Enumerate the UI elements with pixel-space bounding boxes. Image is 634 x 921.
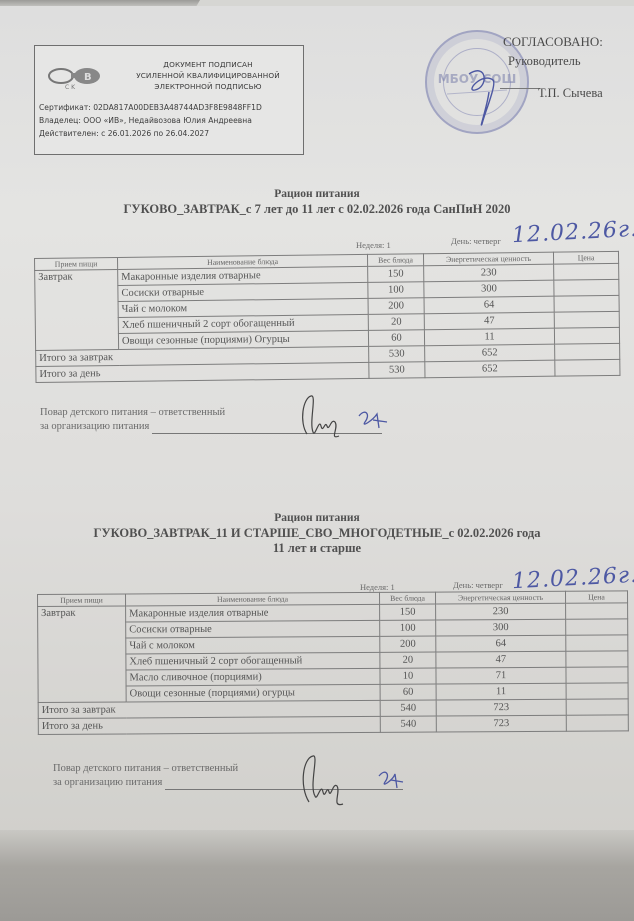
column-header: Вес блюда [367, 254, 423, 267]
approver-role: Руководитель [508, 54, 581, 69]
weight-cell: 100 [368, 282, 424, 299]
cook-signature-icon [295, 392, 405, 442]
total-energy-cell: 652 [425, 360, 555, 378]
signature-heading-line: ЭЛЕКТРОННОЙ ПОДПИСЬЮ [123, 81, 293, 92]
energy-cell: 11 [424, 328, 554, 346]
company-logo-icon: B C K [47, 64, 103, 90]
weight-cell: 60 [380, 684, 436, 700]
weight-cell: 20 [368, 314, 424, 331]
energy-cell: 300 [436, 619, 566, 636]
total-price-cell [566, 715, 628, 731]
total-price-cell [555, 343, 620, 360]
price-cell [566, 603, 628, 619]
total-price-cell [566, 699, 628, 715]
weight-cell: 150 [368, 266, 424, 283]
energy-cell: 47 [424, 312, 554, 330]
approval-heading: СОГЛАСОВАНО: [503, 34, 603, 50]
column-header: Цена [565, 591, 627, 603]
menu-2-table: Прием пищиНаименование блюдаВес блюдаЭне… [37, 590, 629, 735]
menu-1-title: Рацион питания [0, 187, 634, 202]
menu-2-title: Рацион питания [0, 511, 634, 526]
total-energy-cell: 723 [436, 699, 566, 716]
signature-details: Сертификат: 02DA817A00DEB3A48744AD3F8E98… [39, 101, 262, 140]
price-cell [554, 327, 619, 344]
signature-heading-line: УСИЛЕННОЙ КВАЛИФИЦИРОВАННОЙ [123, 70, 293, 81]
column-header: Цена [553, 251, 618, 264]
total-weight-cell: 540 [380, 700, 436, 716]
cook-title-line2: за организацию питания [40, 421, 149, 432]
menu-2-age-group: 11 лет и старше [0, 541, 634, 556]
menu-1-table: Прием пищиНаименование блюдаВес блюдаЭне… [34, 251, 620, 383]
column-header: Прием пищи [35, 257, 118, 270]
column-header: Прием пищи [38, 594, 126, 607]
energy-cell: 230 [436, 603, 566, 620]
menu-2-heading: Рацион питания ГУКОВО_ЗАВТРАК_11 И СТАРШ… [0, 511, 634, 556]
weight-cell: 200 [368, 298, 424, 315]
dish-name-cell: Хлеб пшеничный 2 сорт обогащенный [126, 652, 380, 670]
approver-name: Т.П. Сычева [538, 86, 603, 101]
table-surface [0, 830, 634, 921]
menu-2-subtitle: ГУКОВО_ЗАВТРАК_11 И СТАРШЕ_СВО_МНОГОДЕТН… [0, 526, 634, 541]
total-label-cell: Итого за день [38, 716, 380, 734]
price-cell [566, 667, 628, 683]
certificate-number: Сертификат: 02DA817A00DEB3A48744AD3F8E98… [39, 101, 262, 114]
total-energy-cell: 723 [436, 715, 566, 732]
price-cell [566, 651, 628, 667]
menu-2-day: День: четверг [453, 580, 503, 590]
price-cell [554, 279, 619, 296]
menu-1-heading: Рацион питания ГУКОВО_ЗАВТРАК_с 7 лет до… [0, 187, 634, 217]
dish-name-cell: Овощи сезонные (порциями) огурцы [126, 684, 380, 702]
weight-cell: 20 [380, 652, 436, 668]
weight-cell: 10 [380, 668, 436, 684]
column-header: Вес блюда [379, 592, 435, 604]
meal-cell: Завтрак [38, 606, 127, 703]
total-weight-cell: 530 [369, 346, 425, 363]
energy-cell: 71 [436, 667, 566, 684]
price-cell [554, 295, 619, 312]
dish-name-cell: Макаронные изделия отварные [126, 604, 380, 622]
total-weight-cell: 530 [369, 362, 425, 379]
menu-2-week: Неделя: 1 [360, 582, 395, 592]
energy-cell: 64 [424, 296, 554, 314]
price-cell [554, 311, 619, 328]
certificate-validity: Действителен: с 26.01.2026 по 26.04.2027 [39, 127, 262, 140]
total-row: Итого за день540723 [38, 715, 628, 735]
energy-cell: 300 [424, 280, 554, 298]
weight-cell: 150 [380, 604, 436, 620]
meal-cell: Завтрак [35, 269, 119, 350]
weight-cell: 60 [368, 330, 424, 347]
energy-cell: 64 [436, 635, 566, 652]
price-cell [566, 683, 628, 699]
approver-signature-line [500, 88, 540, 89]
column-header: Энергетическая ценность [435, 591, 565, 604]
dish-name-cell: Сосиски отварные [126, 620, 380, 638]
total-weight-cell: 540 [380, 716, 436, 732]
energy-cell: 230 [424, 264, 554, 282]
price-cell [566, 619, 628, 635]
energy-cell: 47 [436, 651, 566, 668]
signature-heading: ДОКУМЕНТ ПОДПИСАН УСИЛЕННОЙ КВАЛИФИЦИРОВ… [123, 59, 293, 92]
energy-cell: 11 [436, 683, 566, 700]
price-cell [554, 263, 619, 280]
total-price-cell [555, 359, 620, 376]
dish-name-cell: Масло сливочное (порциями) [126, 668, 380, 686]
menu-1-day: День: четверг [451, 236, 501, 246]
svg-text:C K: C K [65, 84, 76, 90]
total-energy-cell: 652 [425, 344, 555, 362]
signature-heading-line: ДОКУМЕНТ ПОДПИСАН [123, 59, 293, 70]
certificate-owner: Владелец: ООО «ИВ», Недайвозова Юлия Анд… [39, 114, 262, 127]
dish-name-cell: Чай с молоком [126, 636, 380, 654]
total-label-cell: Итого за день [36, 362, 369, 382]
cook-signature-icon [295, 752, 415, 812]
weight-cell: 200 [380, 636, 436, 652]
cook-title-line2: за организацию питания [53, 777, 162, 788]
menu-1-subtitle: ГУКОВО_ЗАВТРАК_с 7 лет до 11 лет с 02.02… [0, 202, 634, 217]
electronic-signature-box: B C K ДОКУМЕНТ ПОДПИСАН УСИЛЕННОЙ КВАЛИФ… [34, 45, 304, 155]
menu-1-week: Неделя: 1 [356, 240, 391, 250]
weight-cell: 100 [380, 620, 436, 636]
price-cell [566, 635, 628, 651]
svg-text:B: B [84, 72, 92, 83]
